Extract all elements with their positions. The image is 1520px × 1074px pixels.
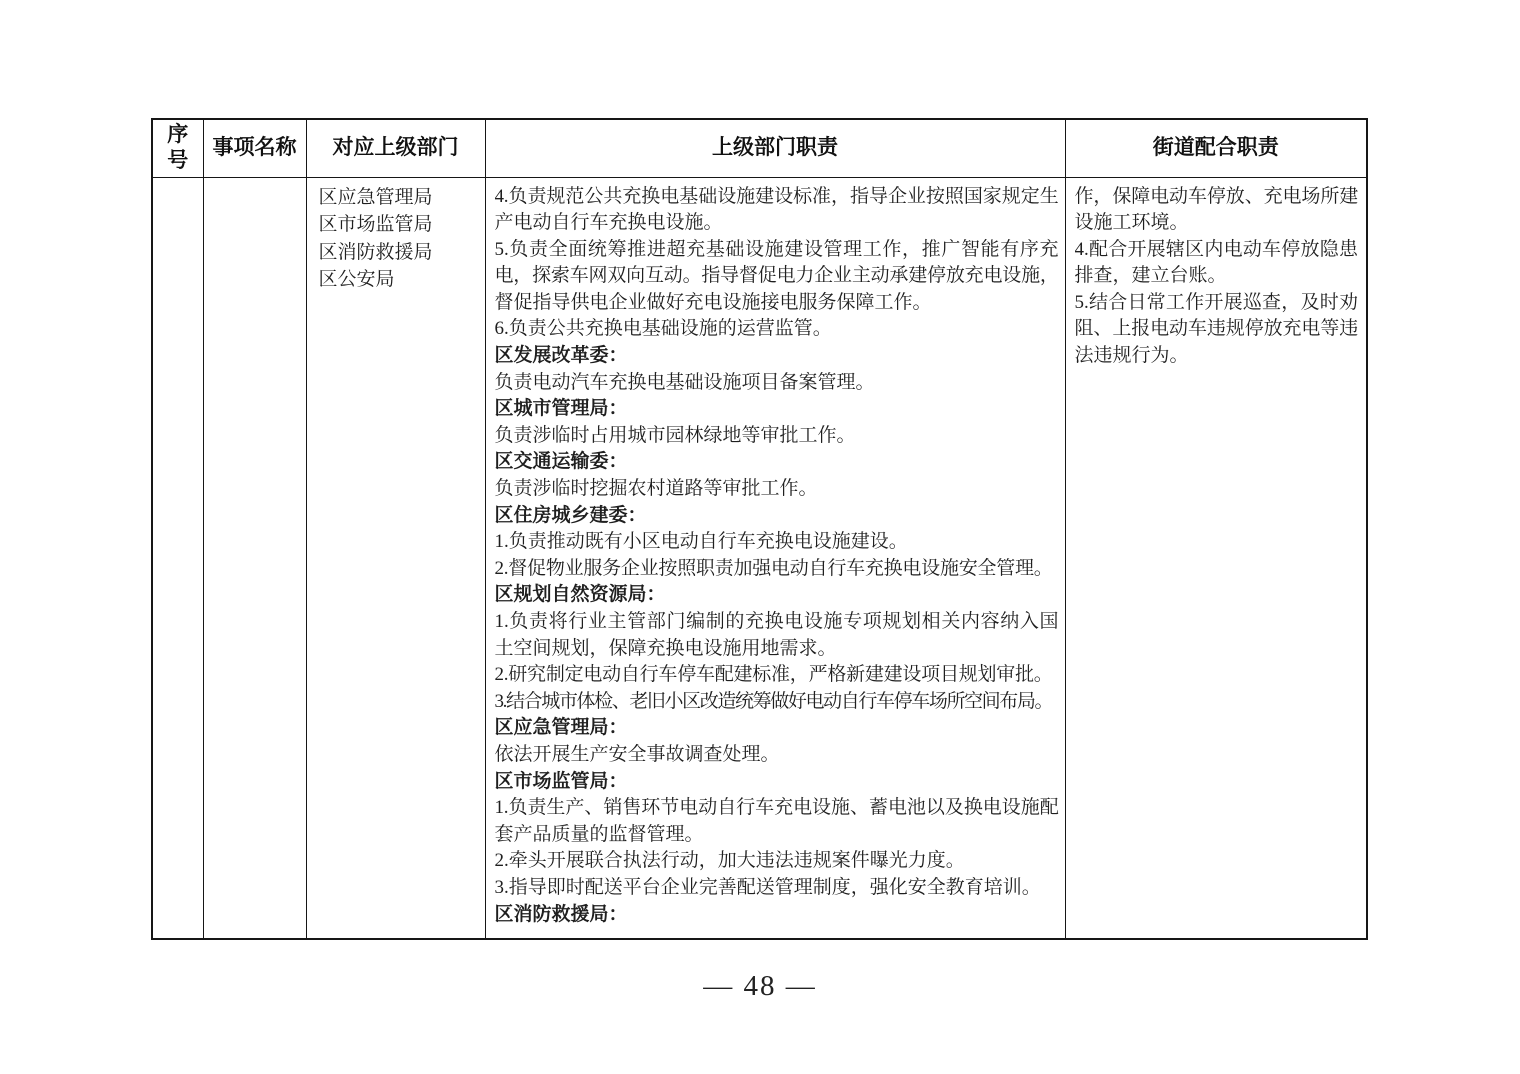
column-header-superior-department: 对应上级部门	[306, 119, 485, 177]
superior-duty-line: 1.负责生产、销售环节电动自行车充电设施、蓄电池以及换电设施配	[495, 795, 1059, 822]
superior-department-list: 区应急管理局区市场监管局区消防救援局区公安局	[307, 178, 485, 294]
superior-duty-line: 4.负责规范公共充换电基础设施建设标准，指导企业按照国家规定生	[495, 184, 1059, 211]
superior-duty-line: 区发展改革委：	[495, 343, 1059, 370]
superior-duty-line: 区市场监管局：	[495, 769, 1059, 796]
street-duty-line: 法违规行为。	[1075, 343, 1359, 370]
superior-department-item: 区公安局	[319, 266, 481, 294]
item-name-cell	[203, 177, 306, 939]
street-duty-line: 4.配合开展辖区内电动车停放隐患	[1075, 237, 1359, 264]
street-duties-cell: 作，保障电动车停放、充电场所建设施工环境。4.配合开展辖区内电动车停放隐患排查，…	[1065, 177, 1367, 939]
superior-duty-line: 区住房城乡建委：	[495, 503, 1059, 530]
superior-departments-cell: 区应急管理局区市场监管局区消防救援局区公安局	[306, 177, 485, 939]
superior-duty-line: 2.研究制定电动自行车停车配建标准，严格新建建设项目规划审批。	[495, 662, 1059, 689]
superior-duty-line: 2.牵头开展联合执法行动，加大违法违规案件曝光力度。	[495, 848, 1059, 875]
responsibility-table: 序号 事项名称 对应上级部门 上级部门职责 街道配合职责 区应急管理局区市场监管…	[151, 118, 1368, 940]
superior-duty-line: 负责电动汽车充换电基础设施项目备案管理。	[495, 370, 1059, 397]
superior-duty-line: 产电动自行车充换电设施。	[495, 210, 1059, 237]
superior-department-item: 区应急管理局	[319, 184, 481, 212]
superior-duties-text: 4.负责规范公共充换电基础设施建设标准，指导企业按照国家规定生产电动自行车充换电…	[486, 178, 1065, 929]
page-number: — 48 —	[0, 970, 1520, 1003]
superior-department-item: 区消防救援局	[319, 239, 481, 267]
street-duty-line: 排查，建立台账。	[1075, 263, 1359, 290]
superior-duty-line: 3.结合城市体检、老旧小区改造统筹做好电动自行车停车场所空间布局。	[495, 689, 1059, 716]
superior-duty-line: 负责涉临时占用城市园林绿地等审批工作。	[495, 423, 1059, 450]
superior-duty-line: 负责涉临时挖掘农村道路等审批工作。	[495, 476, 1059, 503]
superior-duty-line: 督促指导供电企业做好充电设施接电服务保障工作。	[495, 290, 1059, 317]
superior-duty-line: 1.负责将行业主管部门编制的充换电设施专项规划相关内容纳入国	[495, 609, 1059, 636]
superior-department-item: 区市场监管局	[319, 211, 481, 239]
street-duties-text: 作，保障电动车停放、充电场所建设施工环境。4.配合开展辖区内电动车停放隐患排查，…	[1066, 178, 1367, 370]
superior-duty-line: 区交通运输委：	[495, 449, 1059, 476]
column-header-street-duties: 街道配合职责	[1065, 119, 1367, 177]
table-header-row: 序号 事项名称 对应上级部门 上级部门职责 街道配合职责	[152, 119, 1367, 177]
street-duty-line: 阻、上报电动车违规停放充电等违	[1075, 316, 1359, 343]
superior-duty-line: 套产品质量的监督管理。	[495, 822, 1059, 849]
superior-duty-line: 5.负责全面统筹推进超充基础设施建设管理工作，推广智能有序充	[495, 237, 1059, 264]
superior-duties-cell: 4.负责规范公共充换电基础设施建设标准，指导企业按照国家规定生产电动自行车充换电…	[485, 177, 1065, 939]
superior-duty-line: 6.负责公共充换电基础设施的运营监管。	[495, 316, 1059, 343]
serial-cell	[152, 177, 203, 939]
superior-duty-line: 区应急管理局：	[495, 715, 1059, 742]
superior-duty-line: 依法开展生产安全事故调查处理。	[495, 742, 1059, 769]
column-header-serial: 序号	[152, 119, 203, 177]
superior-duty-line: 3.指导即时配送平台企业完善配送管理制度，强化安全教育培训。	[495, 875, 1059, 902]
table-row: 区应急管理局区市场监管局区消防救援局区公安局 4.负责规范公共充换电基础设施建设…	[152, 177, 1367, 939]
superior-duty-line: 2.督促物业服务企业按照职责加强电动自行车充换电设施安全管理。	[495, 556, 1059, 583]
column-header-superior-duties: 上级部门职责	[485, 119, 1065, 177]
superior-duty-line: 电，探索车网双向互动。指导督促电力企业主动承建停放充电设施，	[495, 263, 1059, 290]
superior-duty-line: 区规划自然资源局：	[495, 582, 1059, 609]
street-duty-line: 作，保障电动车停放、充电场所建	[1075, 184, 1359, 211]
column-header-item-name: 事项名称	[203, 119, 306, 177]
superior-duty-line: 区消防救援局：	[495, 902, 1059, 929]
superior-duty-line: 土空间规划，保障充换电设施用地需求。	[495, 636, 1059, 663]
superior-duty-line: 区城市管理局：	[495, 396, 1059, 423]
street-duty-line: 5.结合日常工作开展巡查，及时劝	[1075, 290, 1359, 317]
street-duty-line: 设施工环境。	[1075, 210, 1359, 237]
superior-duty-line: 1.负责推动既有小区电动自行车充换电设施建设。	[495, 529, 1059, 556]
document-page: 序号 事项名称 对应上级部门 上级部门职责 街道配合职责 区应急管理局区市场监管…	[0, 0, 1520, 1074]
